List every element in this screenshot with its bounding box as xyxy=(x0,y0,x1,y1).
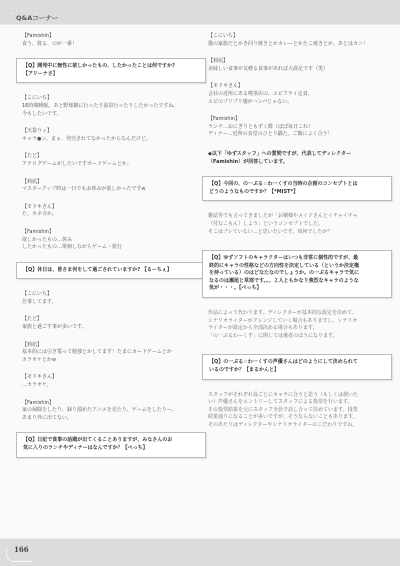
question-box: 【Q】日記で食事の話題が出てくることありますが、みなさんのお 気に入りのランチや… xyxy=(16,432,206,457)
answer-block: 【こにいち】 猫の家族だとかき回り焼きとかカレーとかたこ焼きとか、あとはカニ！ xyxy=(208,33,386,48)
answer-block: 【モドキさん】 た、カネ寺か。 xyxy=(22,204,200,219)
speaker-name: 【Famishin】 xyxy=(22,229,200,237)
answer-text: 家族と過ごす事が多いです。 xyxy=(22,324,200,332)
answer-text: キャラ●ン。まぁ、発売されてなかったからなんだけど。 xyxy=(22,136,200,144)
answer-block: 【Famishin】 家の掃除をしたり、録り溜めたアニメを見たり、ゲームをしたり… xyxy=(22,400,200,423)
answer-text: マスターアップ時は一日でもお休みが欲しかったですw xyxy=(22,186,200,194)
speaker-name: 【莉凪】 xyxy=(208,58,386,66)
answer-block: 【Famishin】 欲しかったもの…休み したかったもの…徘徊しながらゲーム・… xyxy=(22,229,200,252)
answer-text: 基本的には引き篭って勉強とかしてます！たまにカードゲームとか カラオケとかw xyxy=(22,349,200,364)
answer-block: 【モドキさん】 …カラオケ。 xyxy=(22,374,200,389)
speaker-name: 【こにいち】 xyxy=(22,291,200,299)
right-column: 【こにいち】 猫の家族だとかき回り焼きとかカレーとかたこ焼きとか、あとはカニ！ … xyxy=(208,33,386,444)
answer-text: スタッフがそれぞれ役ごとにキャラに合うと思う（もしくは使いた い）声優さんをエン… xyxy=(208,392,386,430)
answer-block: 【莉凪】 マスターアップ時は一日でもお休みが欲しかったですw xyxy=(22,179,200,194)
answer-text: 仕事してます。 xyxy=(22,299,200,307)
speaker-name: 【モドキさん】 xyxy=(22,374,200,382)
answer-text: 作品によって代わります。ディレクターが基本的な設定を決めて、 シナリオライターが… xyxy=(208,310,386,340)
speaker-name: 【莉凪】 xyxy=(22,179,200,187)
answer-text: 食う、寝る、のが一番！ xyxy=(22,41,200,49)
speaker-name: 【こにいち】 xyxy=(22,95,200,103)
speaker-name: 【Famishin】 xyxy=(208,116,386,124)
answer-text: 16時間睡眠。あと野球観に行ったり温泉行ったりしたかったですね。 今もしたいです… xyxy=(22,103,200,118)
answer-block: 【モドキさん】 会社の近所にある喫茶店の、エビフライ定食。 エビのプリプリ感がハ… xyxy=(208,83,386,106)
question-box: 【Q】今回の、の一ぷる☆わ一くすの当時の企画のコンセプトとは どうのようなもので… xyxy=(202,176,392,201)
question-box: 【Q】ゆずソフトのキャラクターはいつも非常に個性的ですが、最 終的にキャラの性格… xyxy=(202,250,392,298)
speaker-name: 【モドキさん】 xyxy=(208,83,386,91)
speaker-name: 【天袋りッ】 xyxy=(22,128,200,136)
answer-text: た、カネ寺か。 xyxy=(22,211,200,219)
question-box: 【Q】開発中に無性に欲しかったもの、したかったことは何ですか? 【アリーナさ】 xyxy=(16,58,206,83)
answer-text: 雑誌等でも言ってきましたが「お嬢様やメイドさんとイチャイチャ （付なこもん）しよ… xyxy=(208,213,386,236)
answer-block: 【たど】 アナログゲームがしたいですボードゲームとか。 xyxy=(22,153,200,168)
answer-block: 【Famishin】 食う、寝る、のが一番！ xyxy=(22,33,200,48)
question-box: 【Q】休日は、皆さま何をして過ごされていますか? 【るーちぇ】 xyxy=(16,262,206,280)
answer-block: 【たど】 家族と過ごす事が多いです。 xyxy=(22,316,200,331)
answer-text: 猫の家族だとかき回り焼きとかカレーとかたこ焼きとか、あとはカニ！ xyxy=(208,41,386,49)
answer-text: アナログゲームがしたいですボードゲームとか。 xyxy=(22,161,200,169)
answer-block: 【莉凪】 基本的には引き篭って勉強とかしてます！たまにカードゲームとか カラオケ… xyxy=(22,342,200,365)
speaker-name: 【こにいち】 xyxy=(208,33,386,41)
speaker-name: 【たど】 xyxy=(22,316,200,324)
answer-block: 【こにいち】 仕事してます。 xyxy=(22,291,200,306)
answer-block: 【Famishin】 ランチ…おにぎりともずく酢（ほぼ毎日これ） ディナー…近所… xyxy=(208,116,386,139)
answer-text: …カラオケ。 xyxy=(22,382,200,390)
question-box: 【Q】の一ぷる☆わ一くすの声優さんはどのようにして決められて いるのですか？【ま… xyxy=(202,354,392,379)
answer-text: ランチ…おにぎりともずく酢（ほぼ毎日これ） ディナー…近所の食堂のひとり鍋た。ご… xyxy=(208,124,386,139)
answer-text: 美味しい食事が気軽る食事があれば大満足です（笑） xyxy=(208,66,386,74)
staff-note: ◆以下「ゆずスタッフ」への質問ですが、代表してディレクター （Famishin）… xyxy=(208,151,386,166)
page-number: 166 xyxy=(14,545,29,554)
answer-text: 家の掃除をしたり、録り溜めたアニメを見たり、ゲームをしたりー。 あまり外に出てな… xyxy=(22,407,200,422)
speaker-name: 【Famishin】 xyxy=(22,33,200,41)
answer-text: 欲しかったもの…休み したかったもの…徘徊しながらゲーム・旅行 xyxy=(22,237,200,252)
page-header: ゆーず Q&Aコーナー xyxy=(0,0,400,25)
answer-text: 会社の近所にある喫茶店の、エビフライ定食。 エビのプリプリ感がハンパじゃない。 xyxy=(208,91,386,106)
answer-block: 【こにいち】 16時間睡眠。あと野球観に行ったり温泉行ったりしたかったですね。 … xyxy=(22,95,200,118)
answer-block: 【莉凪】 美味しい食事が気軽る食事があれば大満足です（笑） xyxy=(208,58,386,73)
section-title: Q&Aコーナー xyxy=(16,13,58,22)
answer-block: 【天袋りッ】 キャラ●ン。まぁ、発売されてなかったからなんだけど。 xyxy=(22,128,200,143)
left-column: 【Famishin】 食う、寝る、のが一番！ 【Q】開発中に無性に欲しかったもの… xyxy=(22,33,200,470)
page-footer: 166 xyxy=(0,538,400,566)
speaker-name: 【たど】 xyxy=(22,153,200,161)
